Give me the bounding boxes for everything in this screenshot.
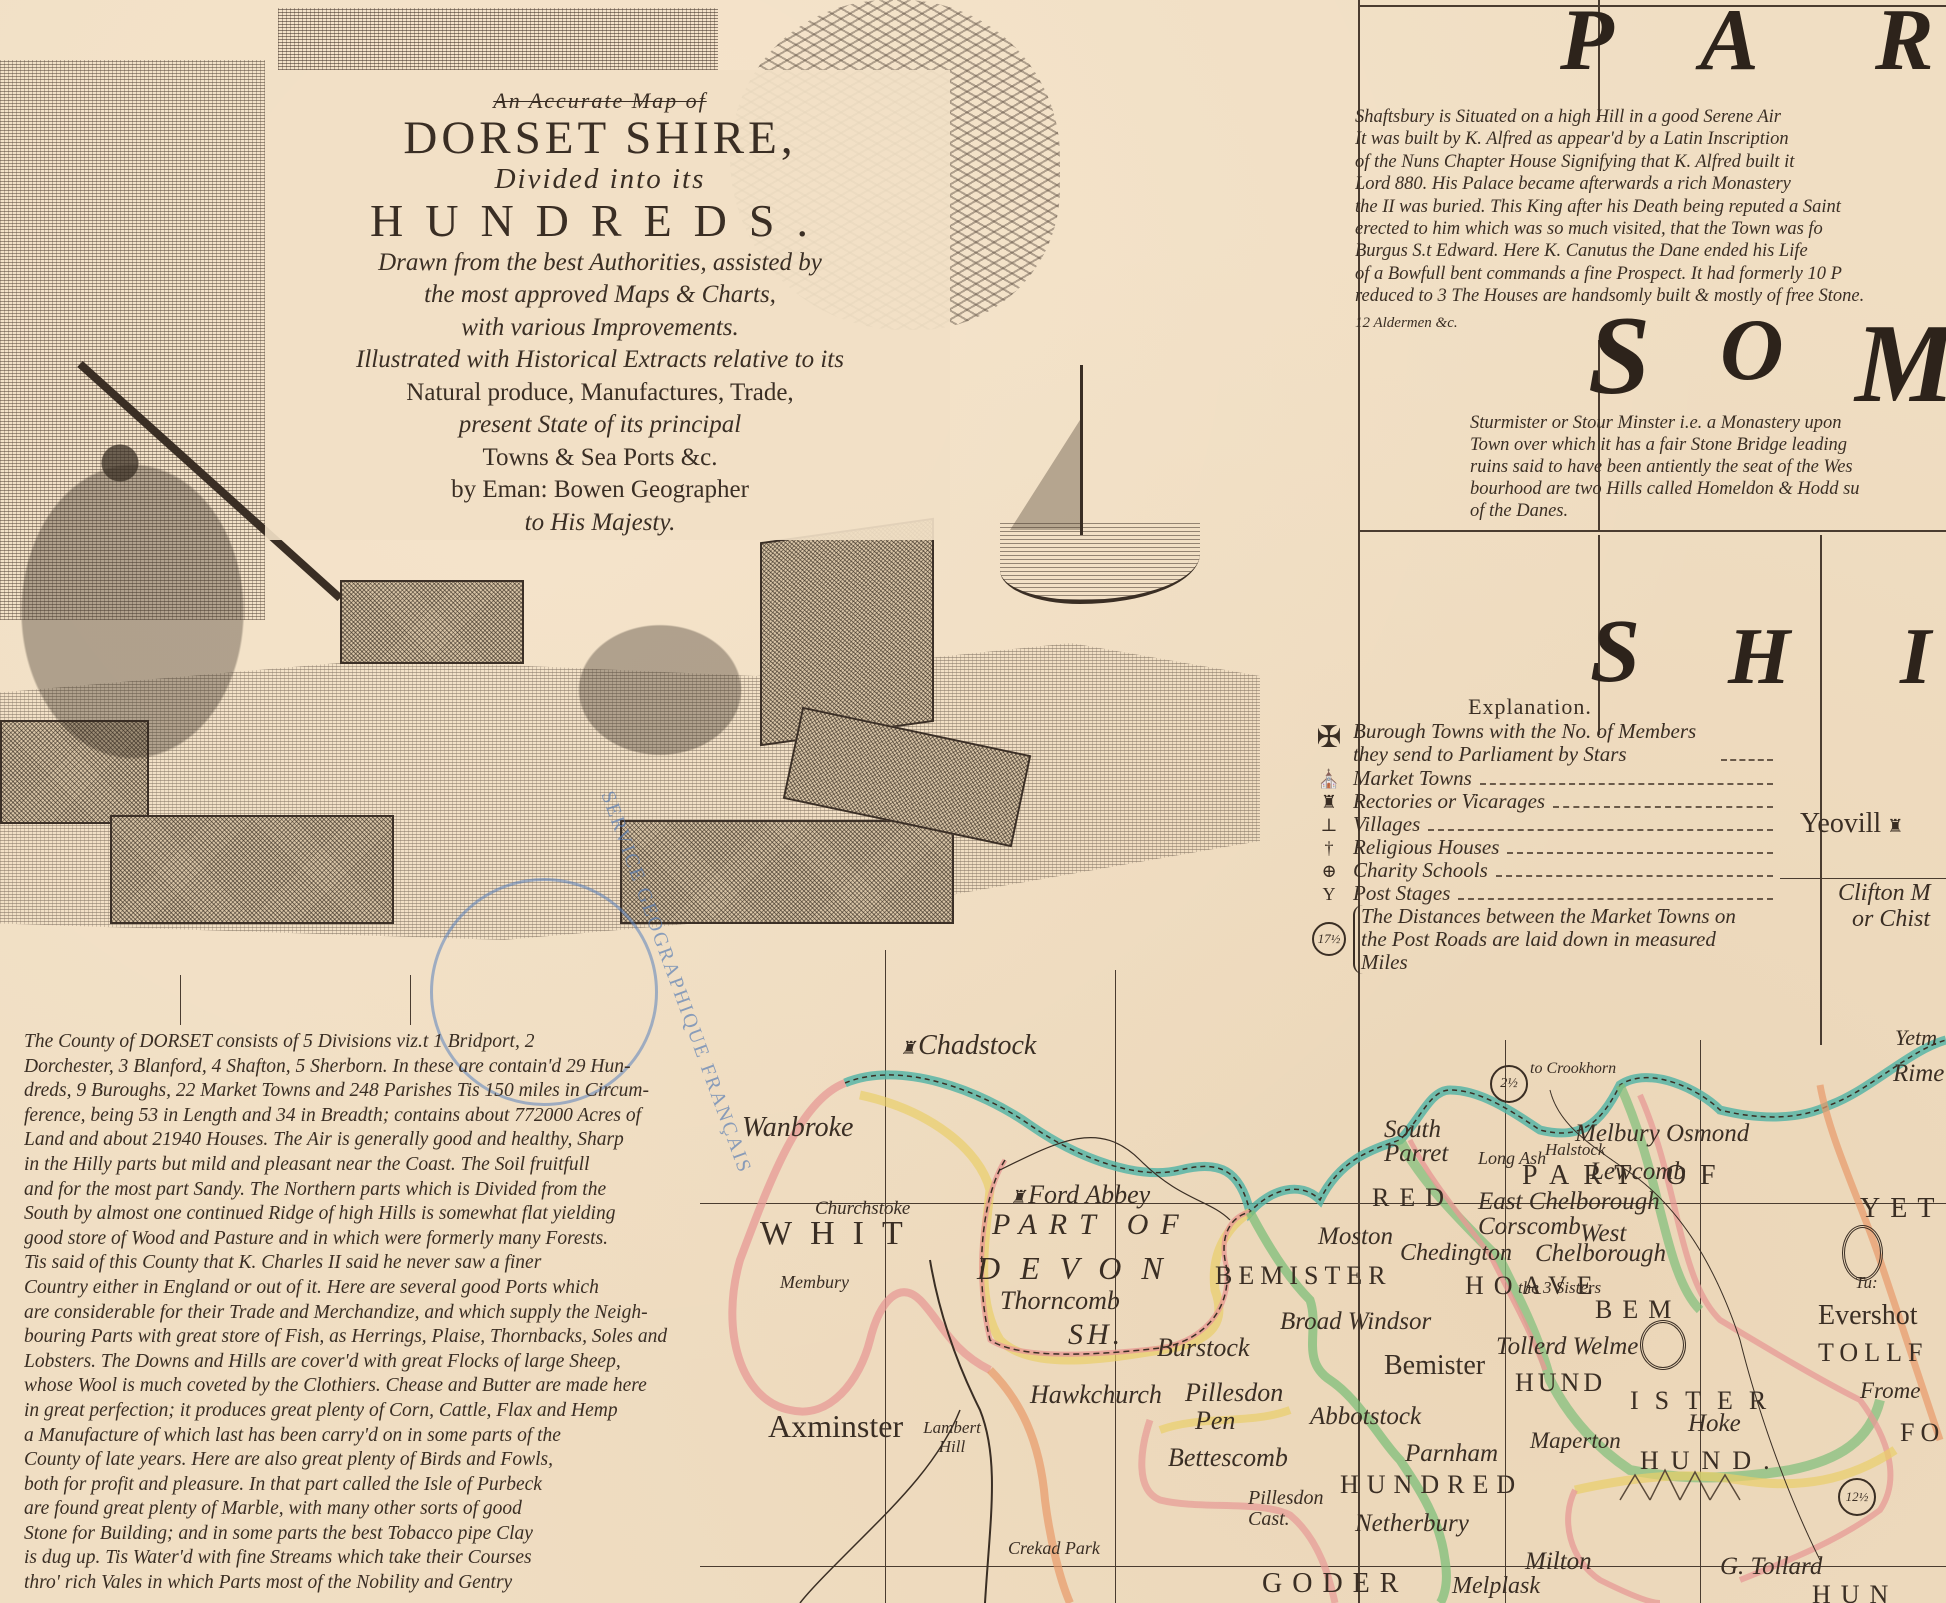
place-netherbury[interactable]: Netherbury	[1355, 1510, 1469, 1538]
region-yet: YET	[1860, 1193, 1944, 1225]
market-town-icon: ♜	[1887, 816, 1903, 836]
place-maperton[interactable]: Maperton	[1530, 1428, 1621, 1454]
place-evershot[interactable]: Evershot	[1818, 1300, 1918, 1332]
place-broad-windsor[interactable]: Broad Windsor	[1280, 1308, 1431, 1336]
place-clifton[interactable]: Clifton M	[1838, 880, 1931, 907]
place-east-chelborough[interactable]: East Chelborough	[1478, 1188, 1660, 1216]
place-ford-abbey[interactable]: ♜Ford Abbey	[1010, 1180, 1150, 1210]
place-three-sisters[interactable]: the 3 Sisters	[1518, 1278, 1601, 1298]
region-tollf: TOLLF	[1818, 1338, 1928, 1368]
region-red: RED	[1372, 1183, 1454, 1213]
place-to-crookhorn[interactable]: to Crookhorn	[1530, 1060, 1630, 1078]
place-halstock[interactable]: Halstock	[1545, 1140, 1605, 1160]
hundred-boundary-pink-4	[1568, 1490, 1660, 1603]
place-hawkchurch[interactable]: Hawkchurch	[1030, 1380, 1162, 1410]
place-thorncomb[interactable]: Thorncomb	[1000, 1286, 1120, 1316]
distance-marker: 2½	[1490, 1065, 1528, 1103]
rectory-icon: ♜	[1010, 1187, 1026, 1207]
place-axminster[interactable]: Axminster	[768, 1408, 903, 1445]
region-devon-sh: SH.	[1068, 1318, 1124, 1352]
place-tu[interactable]: Tu:	[1855, 1273, 1878, 1293]
place-yeovill[interactable]: Yeovill♜	[1800, 808, 1905, 840]
region-goder: GODER	[1262, 1568, 1408, 1600]
region-whit: WHIT	[760, 1215, 921, 1253]
place-chist[interactable]: or Chist	[1852, 906, 1930, 933]
place-membury[interactable]: Membury	[780, 1272, 849, 1293]
place-pillesdon-cast[interactable]: Pillesdon Cast.	[1248, 1488, 1338, 1530]
market-town-icon: ♜	[900, 1038, 916, 1058]
region-hun: HUN	[1812, 1580, 1898, 1603]
place-crekad-park[interactable]: Crekad Park	[1008, 1538, 1100, 1559]
place-south-parret[interactable]: South Parret	[1384, 1118, 1464, 1166]
region-part-of-devon-1: PART OF	[992, 1208, 1191, 1242]
place-rime[interactable]: Rime	[1893, 1060, 1944, 1088]
place-chadstock[interactable]: ♜Chadstock	[900, 1030, 1036, 1062]
place-chelborough[interactable]: Chelborough	[1535, 1240, 1666, 1268]
region-part-of-devon-2: DEVON	[977, 1250, 1183, 1287]
place-melplask[interactable]: Melplask	[1452, 1573, 1540, 1600]
place-lewcomb[interactable]: Lewcomb	[1590, 1158, 1686, 1186]
place-abbotstock[interactable]: Abbotstock	[1310, 1403, 1421, 1431]
place-yetm[interactable]: Yetm	[1895, 1025, 1937, 1051]
place-moston[interactable]: Moston	[1318, 1223, 1393, 1251]
region-hund: HUND	[1515, 1368, 1606, 1398]
place-pen[interactable]: Pen	[1195, 1406, 1235, 1436]
place-bemister[interactable]: Bemister	[1384, 1350, 1485, 1382]
place-tollerd-welme[interactable]: Tollerd Welme	[1496, 1333, 1638, 1361]
hill-fort-circle	[1640, 1320, 1686, 1370]
place-burstock[interactable]: Burstock	[1157, 1333, 1249, 1363]
place-parnham[interactable]: Parnham	[1405, 1440, 1498, 1468]
place-frome[interactable]: Frome	[1860, 1378, 1920, 1404]
region-hundred: HUNDRED	[1340, 1470, 1523, 1500]
place-corscomb[interactable]: Corscomb	[1478, 1213, 1581, 1241]
place-pillesdon[interactable]: Pillesdon	[1185, 1378, 1283, 1408]
region-hund-2: HUND.	[1640, 1446, 1782, 1476]
place-lambert-hill[interactable]: Lambert Hill	[922, 1418, 982, 1456]
distance-value: 2½	[1500, 1076, 1518, 1091]
distance-marker: 12½	[1838, 1478, 1876, 1516]
place-g-tollard[interactable]: G. Tollard	[1720, 1553, 1822, 1581]
place-bettescomb[interactable]: Bettescomb	[1168, 1443, 1288, 1473]
place-long-ash[interactable]: Long Ash	[1478, 1148, 1546, 1169]
place-chedington[interactable]: Chedington	[1400, 1240, 1512, 1267]
region-fo: FO	[1900, 1418, 1945, 1448]
region-bemister-hundred: BEMISTER	[1215, 1261, 1392, 1291]
distance-value: 12½	[1846, 1489, 1869, 1504]
place-hoke[interactable]: Hoke	[1688, 1410, 1741, 1438]
region-bem: BEM	[1595, 1295, 1681, 1325]
place-wanbroke[interactable]: Wanbroke	[742, 1112, 853, 1144]
place-milton[interactable]: Milton	[1525, 1548, 1592, 1576]
